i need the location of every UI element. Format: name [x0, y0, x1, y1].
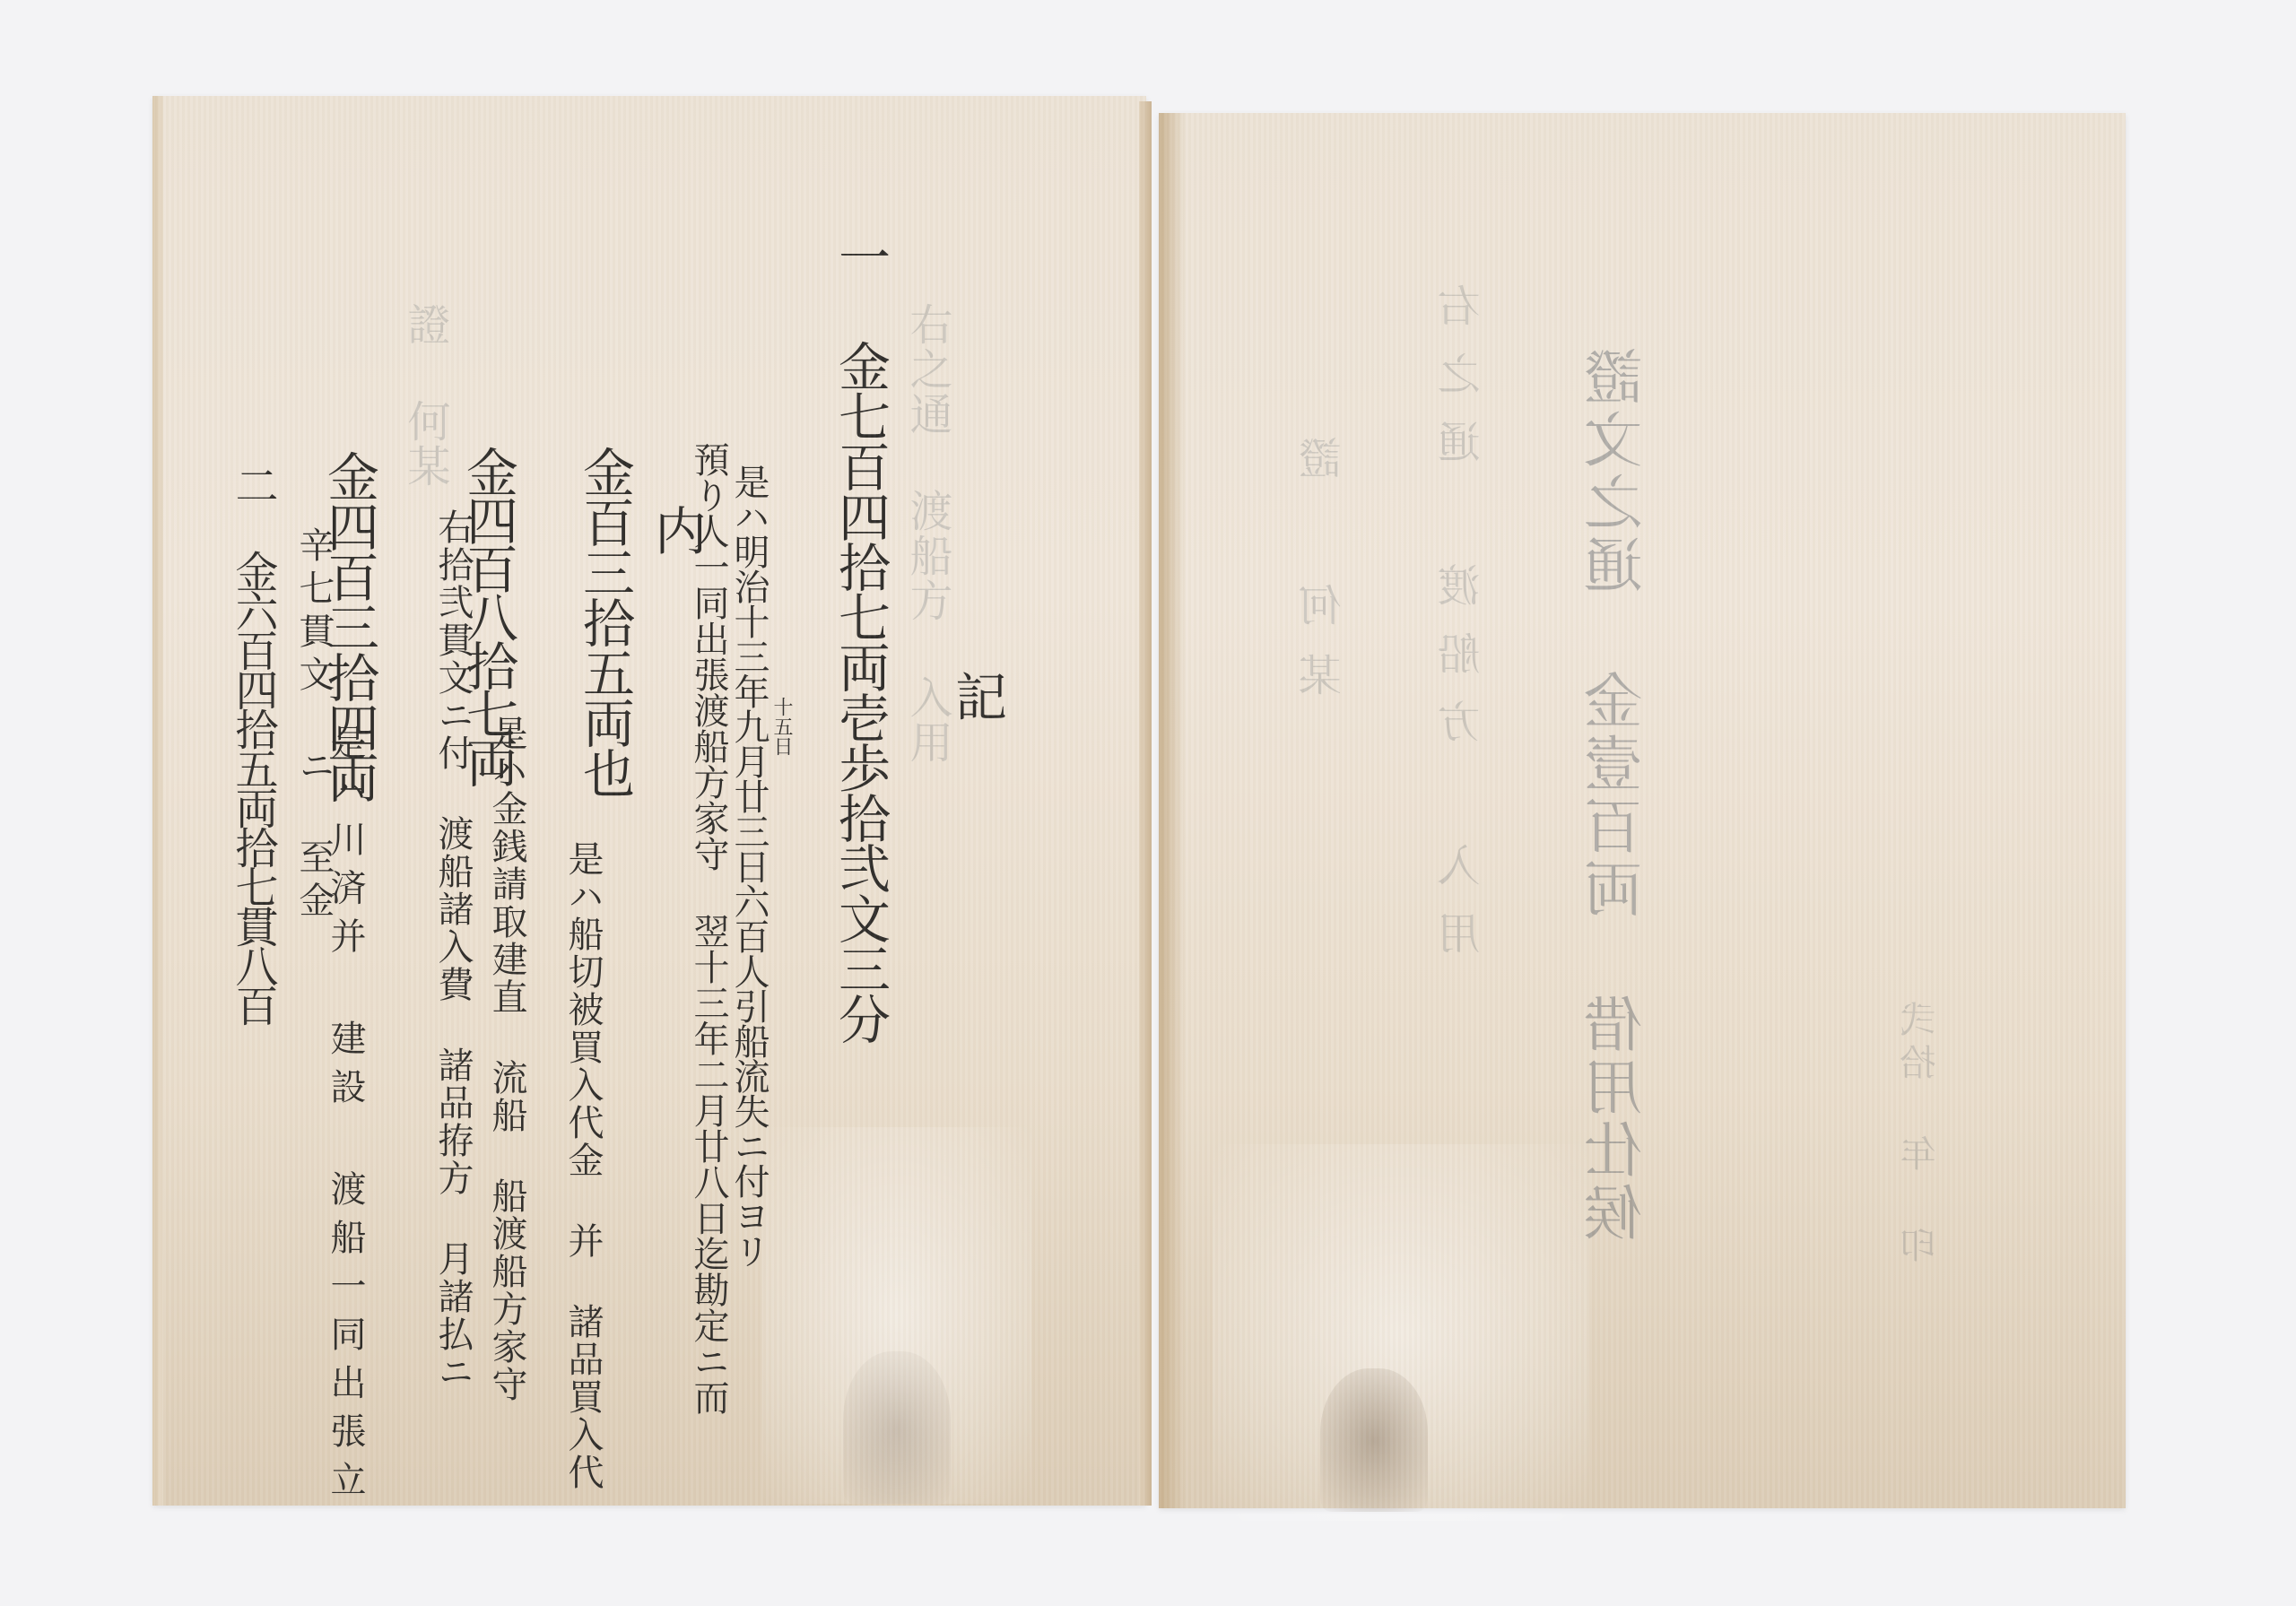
bleed-through-second: 右之通 渡船方 入用	[1441, 283, 1484, 979]
water-stain	[1320, 1368, 1428, 1512]
bleed-ghost: 右之通 渡船方 入用	[906, 302, 949, 765]
item3-detail-a: 右拾弐貫文ニ付 渡船諸入費 諸品拵方 月諸払ニ	[435, 508, 471, 1391]
page-edge	[152, 96, 163, 1506]
breakdown-label: 内	[650, 504, 702, 558]
item3-detail-b: 是ハ金銭請取建直 流船 船渡船方家守	[489, 715, 525, 1403]
item4-detail-b: 是ハ川済并 建設 渡船一同出張立	[327, 724, 363, 1509]
item1-detail-b: 預り人一同出張渡船方家守 翌十三年二月廿八日迄勘定ニ而	[691, 441, 726, 1415]
bleed-ghost: 證 何某	[404, 302, 447, 489]
heading-ki: 記	[951, 670, 1003, 724]
bleed-through-third: 證 何某	[1302, 436, 1345, 723]
bleed-through-main: 證文之通 金壹百両 借用仕候	[1589, 346, 1648, 1245]
item1-amount: 一 金七百四拾七両壱歩拾弐文三分	[834, 230, 886, 1043]
item2-detail: 是ハ船切被買入代金 并 諸品買入代	[565, 840, 601, 1491]
faded-area	[762, 1127, 1031, 1504]
item1-note-small: 十五日	[771, 697, 791, 756]
spine-gutter	[1159, 113, 1186, 1508]
item2-amount: 金百三拾五両也	[578, 446, 631, 797]
right-page: 證文之通 金壹百両 借用仕候 右之通 渡船方 入用 證 何某 弐拾 年 印	[1159, 113, 2126, 1508]
left-page: 右之通 渡船方 入用 證 何某 記 一 金七百四拾七両壱歩拾弐文三分 十五日 是…	[152, 96, 1146, 1506]
bleed-through-small: 弐拾 年 印	[1903, 1001, 1939, 1270]
item5-amount: 二 金六百四拾五両拾七貫八百	[231, 464, 274, 1023]
item1-detail-a: 是ハ明治十三年九月廿三日六百人引船流失ニ付ヨリ	[731, 464, 767, 1268]
page-stack-edge	[1139, 101, 1152, 1506]
